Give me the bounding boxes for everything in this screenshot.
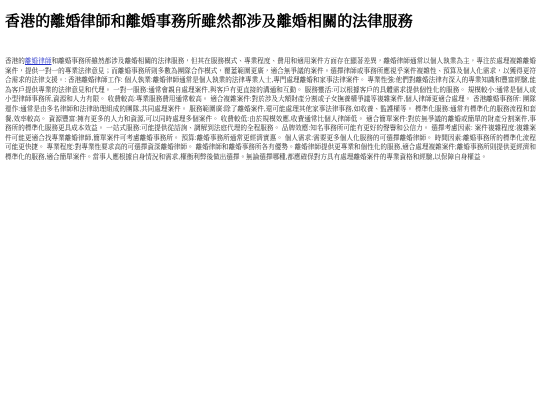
article-page: 香港的離婚律師和離婚事務所雖然都涉及離婚相關的法律服務 香港的離婚律師和離婚事務… [0,0,540,405]
paragraph-prefix: 香港的 [5,58,25,65]
divorce-lawyer-link[interactable]: 離婚律師 [25,58,52,65]
page-title: 香港的離婚律師和離婚事務所雖然都涉及離婚相關的法律服務 [5,12,536,31]
article-paragraph: 香港的離婚律師和離婚事務所雖然都涉及離婚相關的法律服務，但其在服務模式、專業程度… [5,57,536,163]
paragraph-body: 和離婚事務所雖然都涉及離婚相關的法律服務，但其在服務模式、專業程度、費用和適用案… [5,58,536,161]
